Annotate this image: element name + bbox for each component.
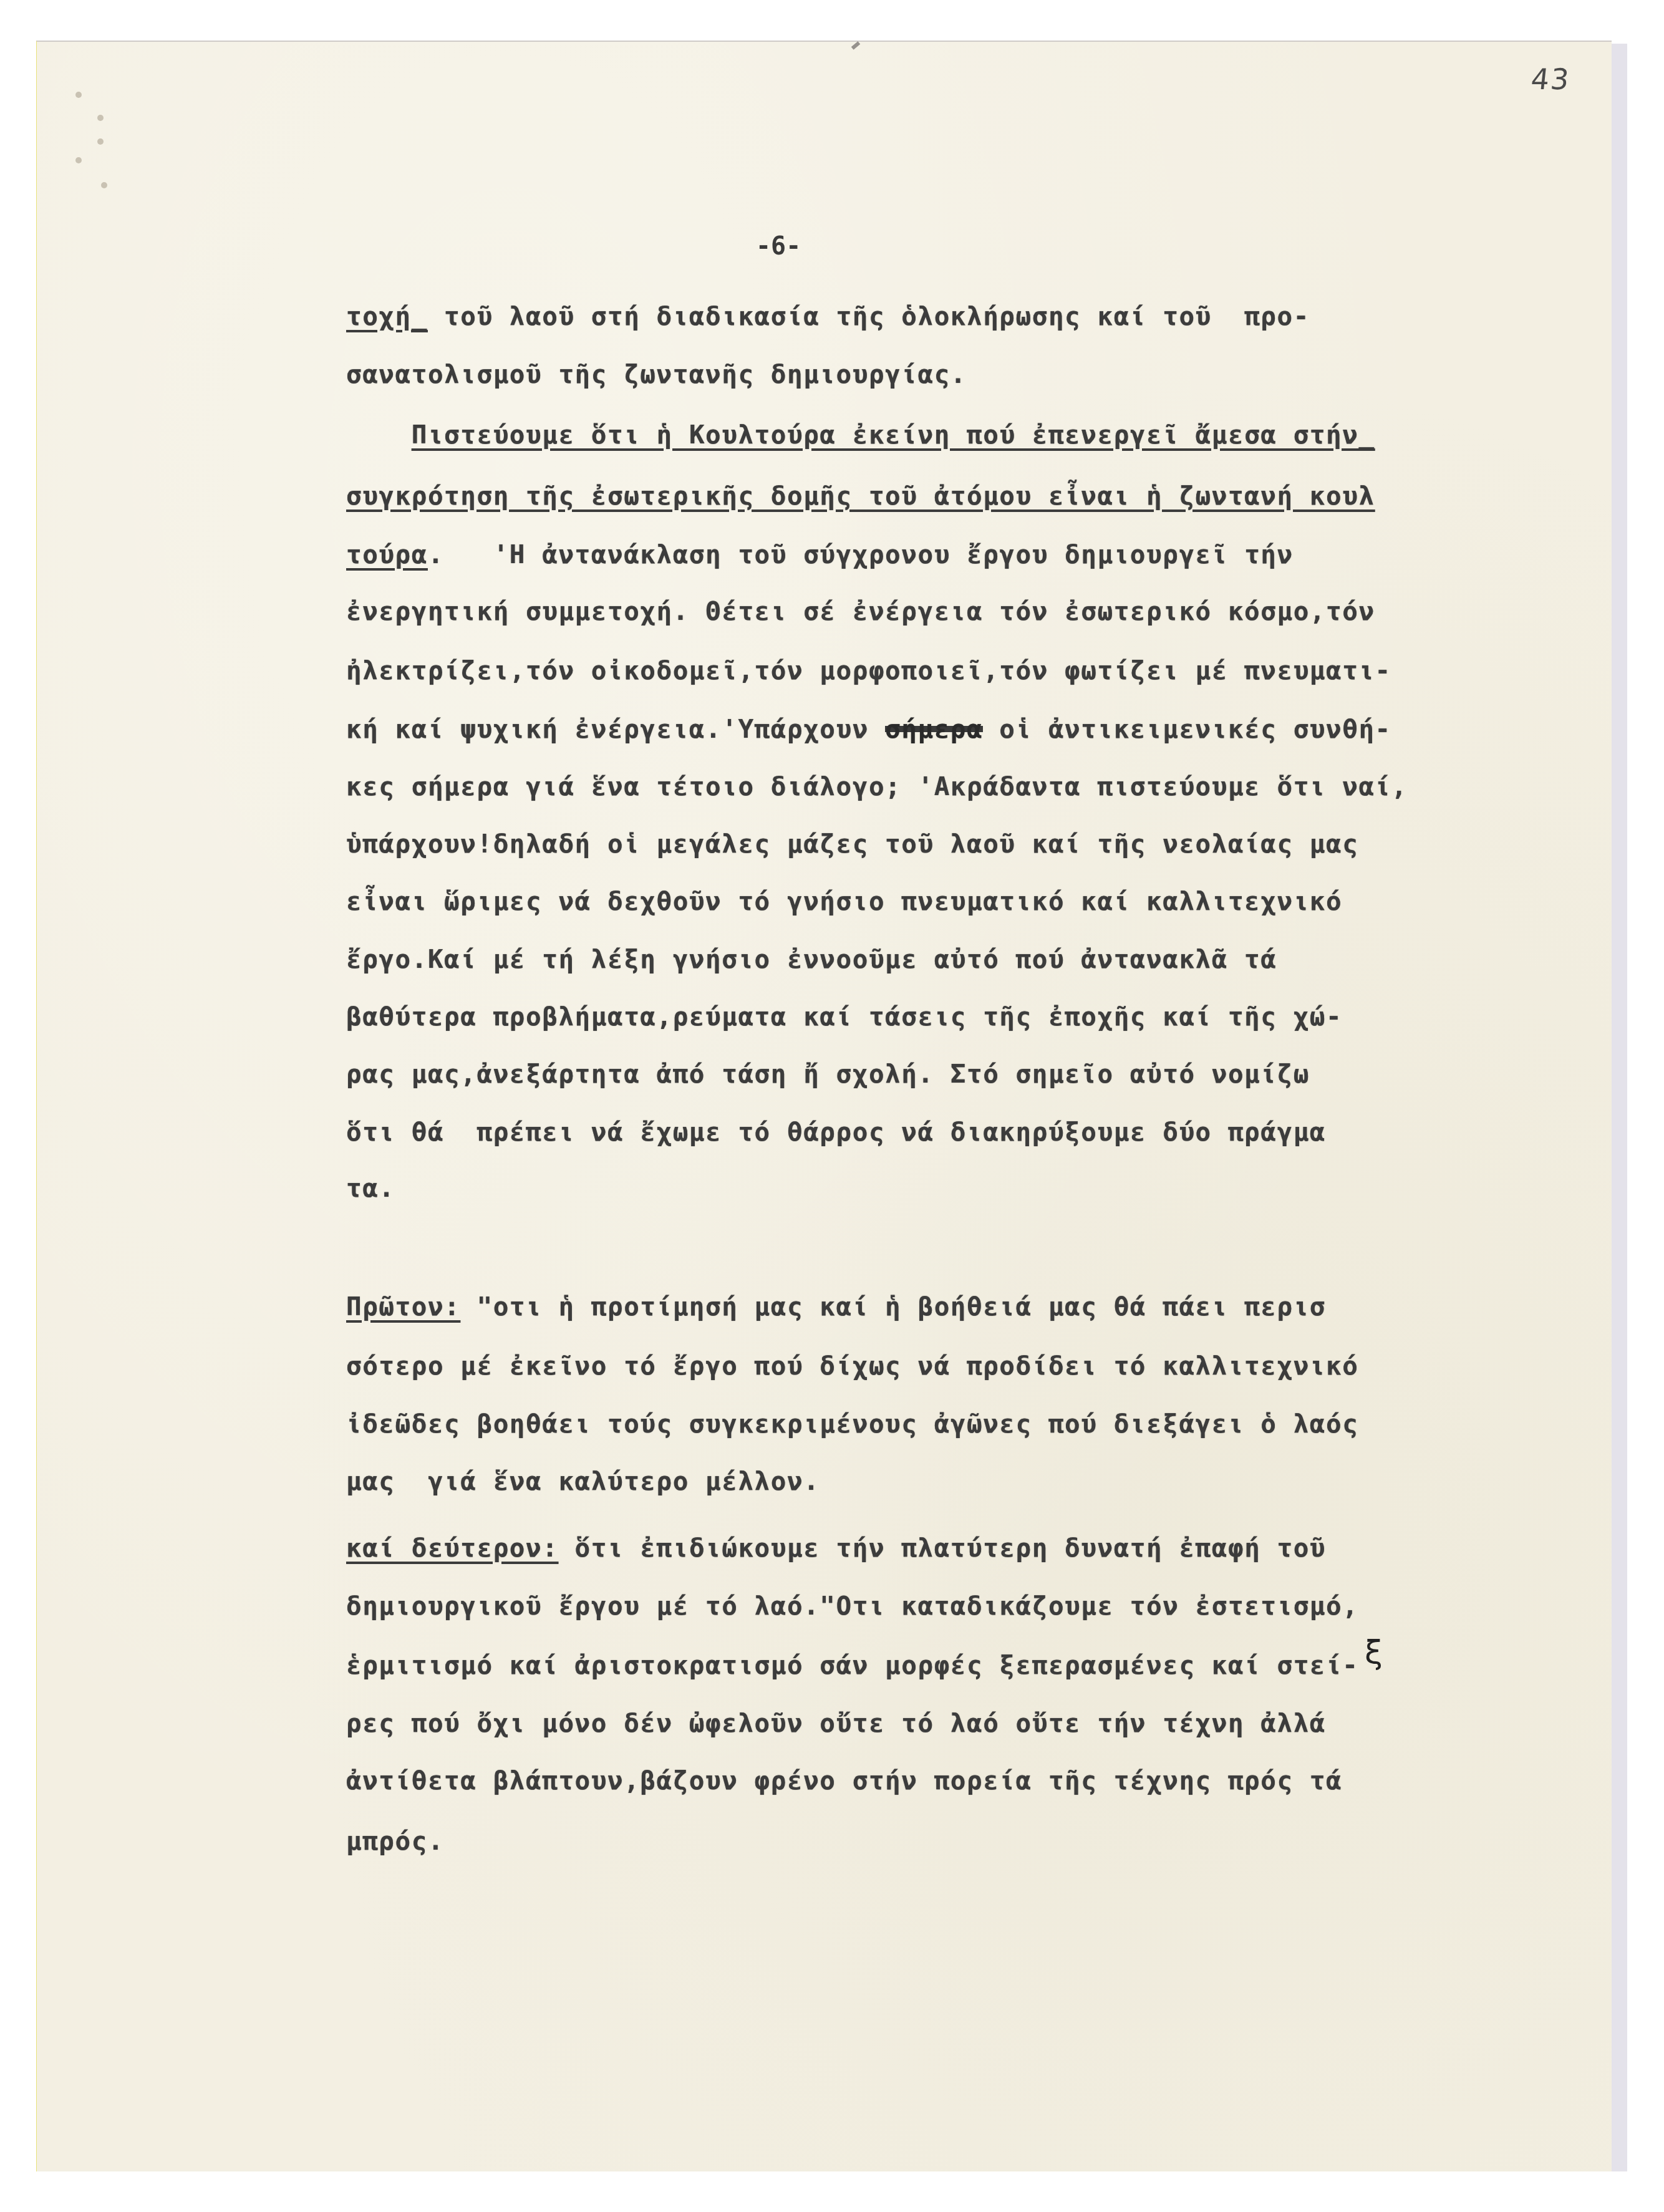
text-line: συγκρότηση τῆς ἐσωτερικῆς δομῆς τοῦ ἀτόμ… bbox=[346, 480, 1375, 511]
text-line: τούρα. 'Η ἀντανάκλαση τοῦ σύγχρονου ἔργο… bbox=[346, 539, 1294, 570]
text-segment: ἀντίθετα βλάπτουν,βάζουν φρένο στήν πορε… bbox=[346, 1765, 1342, 1795]
text-line: ρες πού ὄχι μόνο δέν ὠφελοῦν οὔτε τό λαό… bbox=[346, 1707, 1326, 1739]
text-line: ρας μας,ἀνεξάρτητα ἀπό τάση ἤ σχολή. Στό… bbox=[346, 1058, 1310, 1089]
text-line: ἔργο.Καί μέ τή λέξη γνήσιο ἐννοοῦμε αὐτό… bbox=[346, 944, 1277, 975]
text-segment: ἔργο.Καί μέ τή λέξη γνήσιο ἐννοοῦμε αὐτό… bbox=[346, 944, 1277, 974]
text-line: κή καί ψυχική ἐνέργεια.'Υπάρχουν σήμερα … bbox=[346, 713, 1391, 745]
text-line: Πιστεύουμε ὅτι ἡ Κουλτούρα ἐκείνη πού ἐπ… bbox=[346, 419, 1375, 450]
body-text: τοχή_ τοῦ λαοῦ στή διαδικασία τῆς ὁλοκλή… bbox=[0, 0, 1664, 2212]
text-segment: σότερο μέ ἐκεῖνο τό ἔργο πού δίχως νά πρ… bbox=[346, 1351, 1358, 1381]
text-line: δημιουργικοῦ ἔργου μέ τό λαό."Οτι καταδι… bbox=[346, 1590, 1358, 1621]
underlined-text: συγκρότηση τῆς ἐσωτερικῆς δομῆς τοῦ ἀτόμ… bbox=[346, 481, 1375, 511]
text-segment: ὑπάρχουν!δηλαδή οἱ μεγάλες μάζες τοῦ λαο… bbox=[346, 829, 1358, 859]
text-line: σότερο μέ ἐκεῖνο τό ἔργο πού δίχως νά πρ… bbox=[346, 1350, 1358, 1381]
text-line: μπρός. bbox=[346, 1825, 444, 1857]
text-segment: ὅτι ἐπιδιώκουμε τήν πλατύτερη δυνατή ἐπα… bbox=[558, 1533, 1326, 1563]
text-line: ὅτι θά πρέπει νά ἔχωμε τό θάρρος νά διακ… bbox=[346, 1116, 1326, 1147]
text-segment: ὅτι θά πρέπει νά ἔχωμε τό θάρρος νά διακ… bbox=[346, 1117, 1326, 1147]
text-segment: ἠλεκτρίζει,τόν οἰκοδομεῖ,τόν μορφοποιεῖ,… bbox=[346, 655, 1391, 685]
text-line: μας γιά ἕνα καλύτερο μέλλον. bbox=[346, 1466, 820, 1497]
underlined-text: Πρῶτον: bbox=[346, 1292, 460, 1321]
text-line: τα. bbox=[346, 1172, 395, 1204]
text-segment: κή καί ψυχική ἐνέργεια.'Υπάρχουν bbox=[346, 714, 885, 744]
text-segment: οἱ ἀντικειμενικές συνθή- bbox=[983, 714, 1391, 744]
text-line: Πρῶτον: "οτι ἡ προτίμησή μας καί ἡ βοήθε… bbox=[346, 1291, 1326, 1322]
text-segment: μπρός. bbox=[346, 1826, 444, 1856]
text-line: ἰδεῶδες βοηθάει τούς συγκεκριμένους ἀγῶν… bbox=[346, 1408, 1358, 1439]
text-line: εἶναι ὥριμες νά δεχθοῦν τό γνήσιο πνευμα… bbox=[346, 886, 1342, 917]
text-segment: ἰδεῶδες βοηθάει τούς συγκεκριμένους ἀγῶν… bbox=[346, 1409, 1358, 1439]
text-segment: βαθύτερα προβλήματα,ρεύματα καί τάσεις τ… bbox=[346, 1002, 1342, 1031]
underlined-text: καί δεύτερον: bbox=[346, 1533, 558, 1563]
text-line: καί δεύτερον: ὅτι ἐπιδιώκουμε τήν πλατύτ… bbox=[346, 1532, 1326, 1563]
text-segment bbox=[346, 420, 412, 450]
text-line: ἐνεργητική συμμετοχή. Θέτει σέ ἐνέργεια … bbox=[346, 596, 1375, 627]
handwritten-correction-mark: ξ bbox=[1365, 1634, 1383, 1671]
text-line: τοχή_ τοῦ λαοῦ στή διαδικασία τῆς ὁλοκλή… bbox=[346, 301, 1310, 332]
text-segment: σανατολισμοῦ τῆς ζωντανῆς δημιουργίας. bbox=[346, 359, 967, 389]
text-segment: δημιουργικοῦ ἔργου μέ τό λαό."Οτι καταδι… bbox=[346, 1591, 1358, 1621]
text-line: κες σήμερα γιά ἕνα τέτοιο διάλογο; 'Ακρά… bbox=[346, 771, 1408, 802]
text-segment: ρας μας,ἀνεξάρτητα ἀπό τάση ἤ σχολή. Στό… bbox=[346, 1059, 1310, 1089]
text-line: ἠλεκτρίζει,τόν οἰκοδομεῖ,τόν μορφοποιεῖ,… bbox=[346, 655, 1391, 686]
text-line: ἀντίθετα βλάπτουν,βάζουν φρένο στήν πορε… bbox=[346, 1765, 1342, 1796]
text-line: ἑρμιτισμό καί ἀριστοκρατισμό σάν μορφές … bbox=[346, 1649, 1358, 1681]
text-segment: κες σήμερα γιά ἕνα τέτοιο διάλογο; 'Ακρά… bbox=[346, 771, 1408, 801]
text-segment: ρες πού ὄχι μόνο δέν ὠφελοῦν οὔτε τό λαό… bbox=[346, 1708, 1326, 1738]
underlined-text: τούρα bbox=[346, 539, 428, 569]
text-segment: . 'Η ἀντανάκλαση τοῦ σύγχρονου ἔργου δημ… bbox=[428, 539, 1294, 569]
underlined-text: Πιστεύουμε ὅτι ἡ Κουλτούρα ἐκείνη πού ἐπ… bbox=[412, 420, 1375, 450]
text-line: βαθύτερα προβλήματα,ρεύματα καί τάσεις τ… bbox=[346, 1001, 1342, 1032]
text-segment: τα. bbox=[346, 1173, 395, 1203]
text-segment: εἶναι ὥριμες νά δεχθοῦν τό γνήσιο πνευμα… bbox=[346, 886, 1342, 916]
text-segment: ἐνεργητική συμμετοχή. Θέτει σέ ἐνέργεια … bbox=[346, 596, 1375, 626]
underlined-text: τοχή_ bbox=[346, 301, 428, 331]
text-segment: ἑρμιτισμό καί ἀριστοκρατισμό σάν μορφές … bbox=[346, 1650, 1358, 1680]
text-segment: μας γιά ἕνα καλύτερο μέλλον. bbox=[346, 1466, 820, 1496]
text-segment: "οτι ἡ προτίμησή μας καί ἡ βοήθειά μας θ… bbox=[460, 1292, 1326, 1321]
text-segment: τοῦ λαοῦ στή διαδικασία τῆς ὁλοκλήρωσης … bbox=[428, 301, 1310, 331]
struck-out-text: σήμερα bbox=[885, 714, 983, 744]
text-line: ὑπάρχουν!δηλαδή οἱ μεγάλες μάζες τοῦ λαο… bbox=[346, 828, 1358, 859]
text-line: σανατολισμοῦ τῆς ζωντανῆς δημιουργίας. bbox=[346, 359, 967, 390]
